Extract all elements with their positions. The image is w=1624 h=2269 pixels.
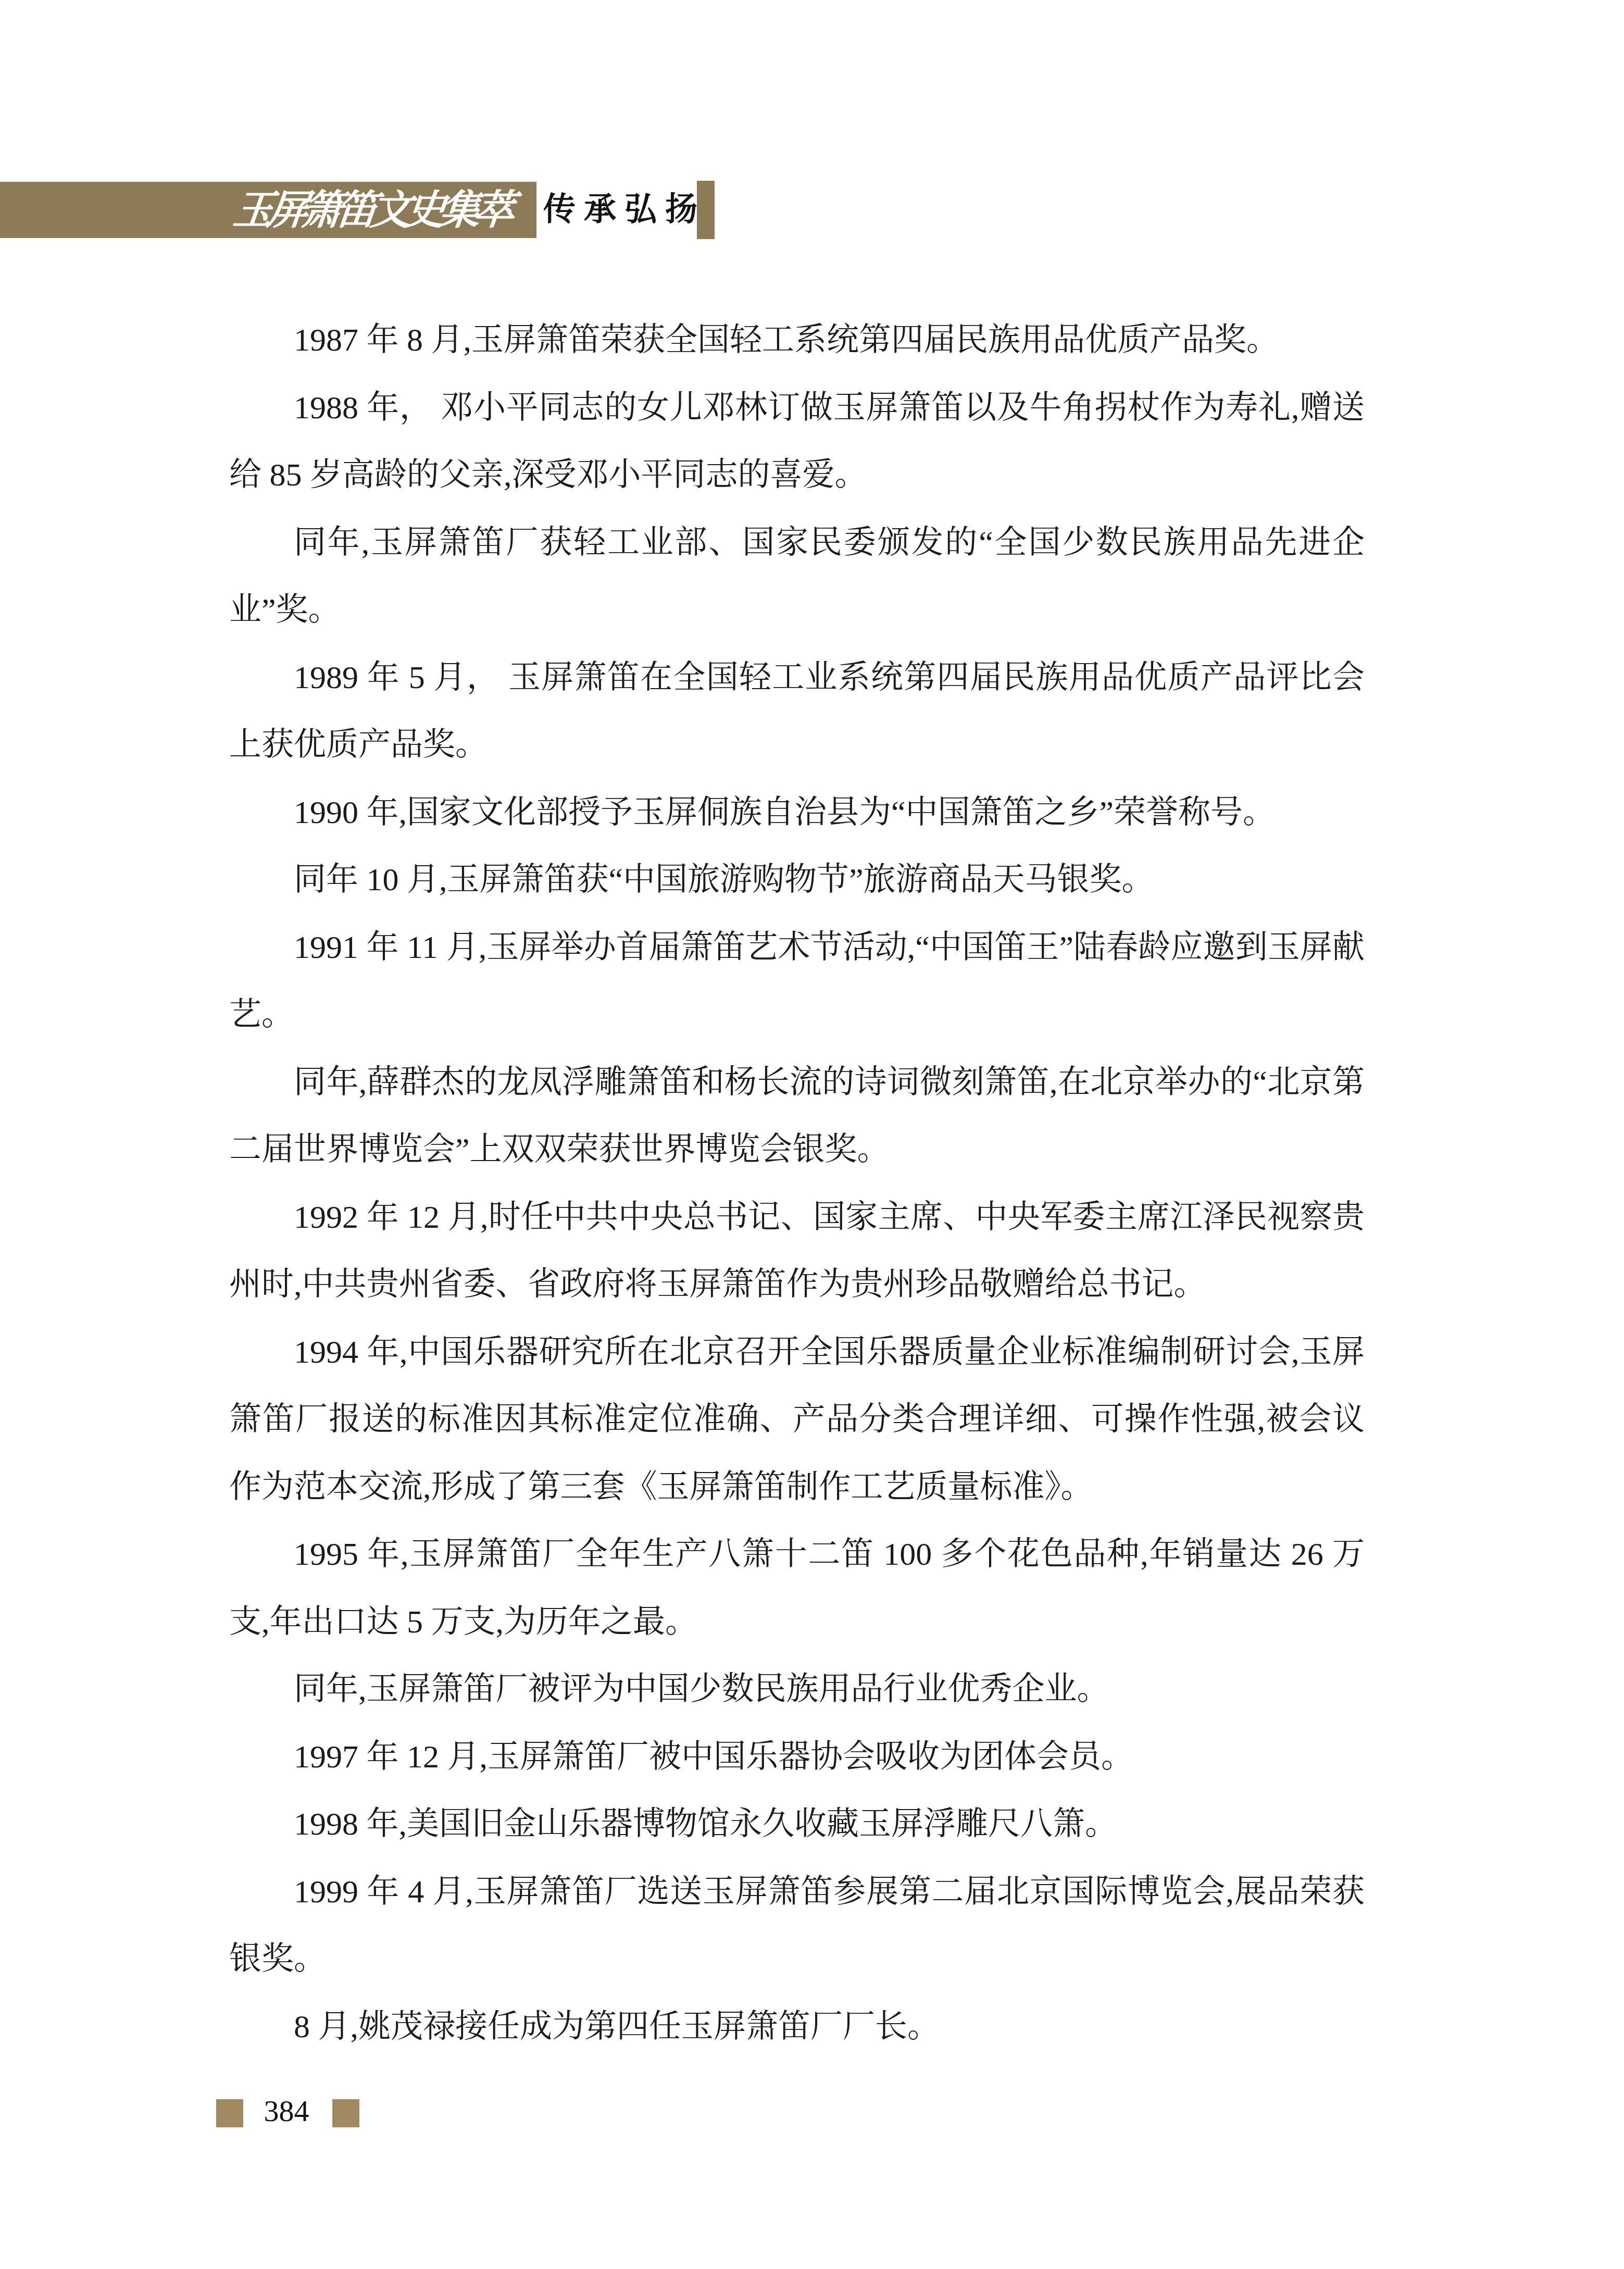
footer-square-left [216,2099,243,2127]
paragraph: 同年,薛群杰的龙凤浮雕箫笛和杨长流的诗词微刻箫笛,在北京举办的“北京第二届世界博… [229,1049,1365,1184]
paragraph: 1998 年,美国旧金山乐器博物馆永久收藏玉屏浮雕尺八箫。 [229,1791,1365,1859]
paragraph: 1991 年 11 月,玉屏举办首届箫笛艺术节活动,“中国笛王”陆春龄应邀到玉屏… [229,914,1365,1049]
page-number: 384 [255,2095,318,2127]
paragraph: 1995 年,玉屏箫笛厂全年生产八箫十二笛 100 多个花色品种,年销量达 26… [229,1521,1365,1656]
paragraph: 1988 年， 邓小平同志的女儿邓林订做玉屏箫笛以及牛角拐杖作为寿礼,赠送给 8… [229,375,1365,509]
paragraph: 同年 10 月,玉屏箫笛获“中国旅游购物节”旅游商品天马银奖。 [229,846,1365,914]
paragraph: 8 月,姚茂禄接任成为第四任玉屏箫笛厂厂长。 [229,1993,1365,2061]
paragraph: 1999 年 4 月,玉屏箫笛厂选送玉屏箫笛参展第二届北京国际博览会,展品荣获银… [229,1859,1365,1993]
book-page: 玉屏箫笛文史集萃 传承弘扬 1987 年 8 月,玉屏箫笛荣获全国轻工系统第四届… [0,0,1624,2269]
paragraph: 同年,玉屏箫笛厂被评为中国少数民族用品行业优秀企业。 [229,1656,1365,1724]
header-accent-block [697,181,715,239]
section-title: 传承弘扬 [543,182,706,238]
paragraph: 1990 年,国家文化部授予玉屏侗族自治县为“中国箫笛之乡”荣誉称号。 [229,779,1365,847]
calligraphy-title: 玉屏箫笛文史集萃 [231,183,518,238]
footer-square-right [332,2099,359,2127]
body-text: 1987 年 8 月,玉屏箫笛荣获全国轻工系统第四届民族用品优质产品奖。 198… [229,307,1365,2061]
paragraph: 1997 年 12 月,玉屏箫笛厂被中国乐器协会吸收为团体会员。 [229,1724,1365,1791]
paragraph: 1994 年,中国乐器研究所在北京召开全国乐器质量企业标准编制研讨会,玉屏箫笛厂… [229,1319,1365,1522]
paragraph: 1992 年 12 月,时任中共中央总书记、国家主席、中央军委主席江泽民视察贵州… [229,1184,1365,1319]
paragraph: 1989 年 5 月， 玉屏箫笛在全国轻工业系统第四届民族用品优质产品评比会上获… [229,644,1365,779]
paragraph: 1987 年 8 月,玉屏箫笛荣获全国轻工系统第四届民族用品优质产品奖。 [229,307,1365,375]
paragraph: 同年,玉屏箫笛厂获轻工业部、国家民委颁发的“全国少数民族用品先进企业”奖。 [229,509,1365,644]
